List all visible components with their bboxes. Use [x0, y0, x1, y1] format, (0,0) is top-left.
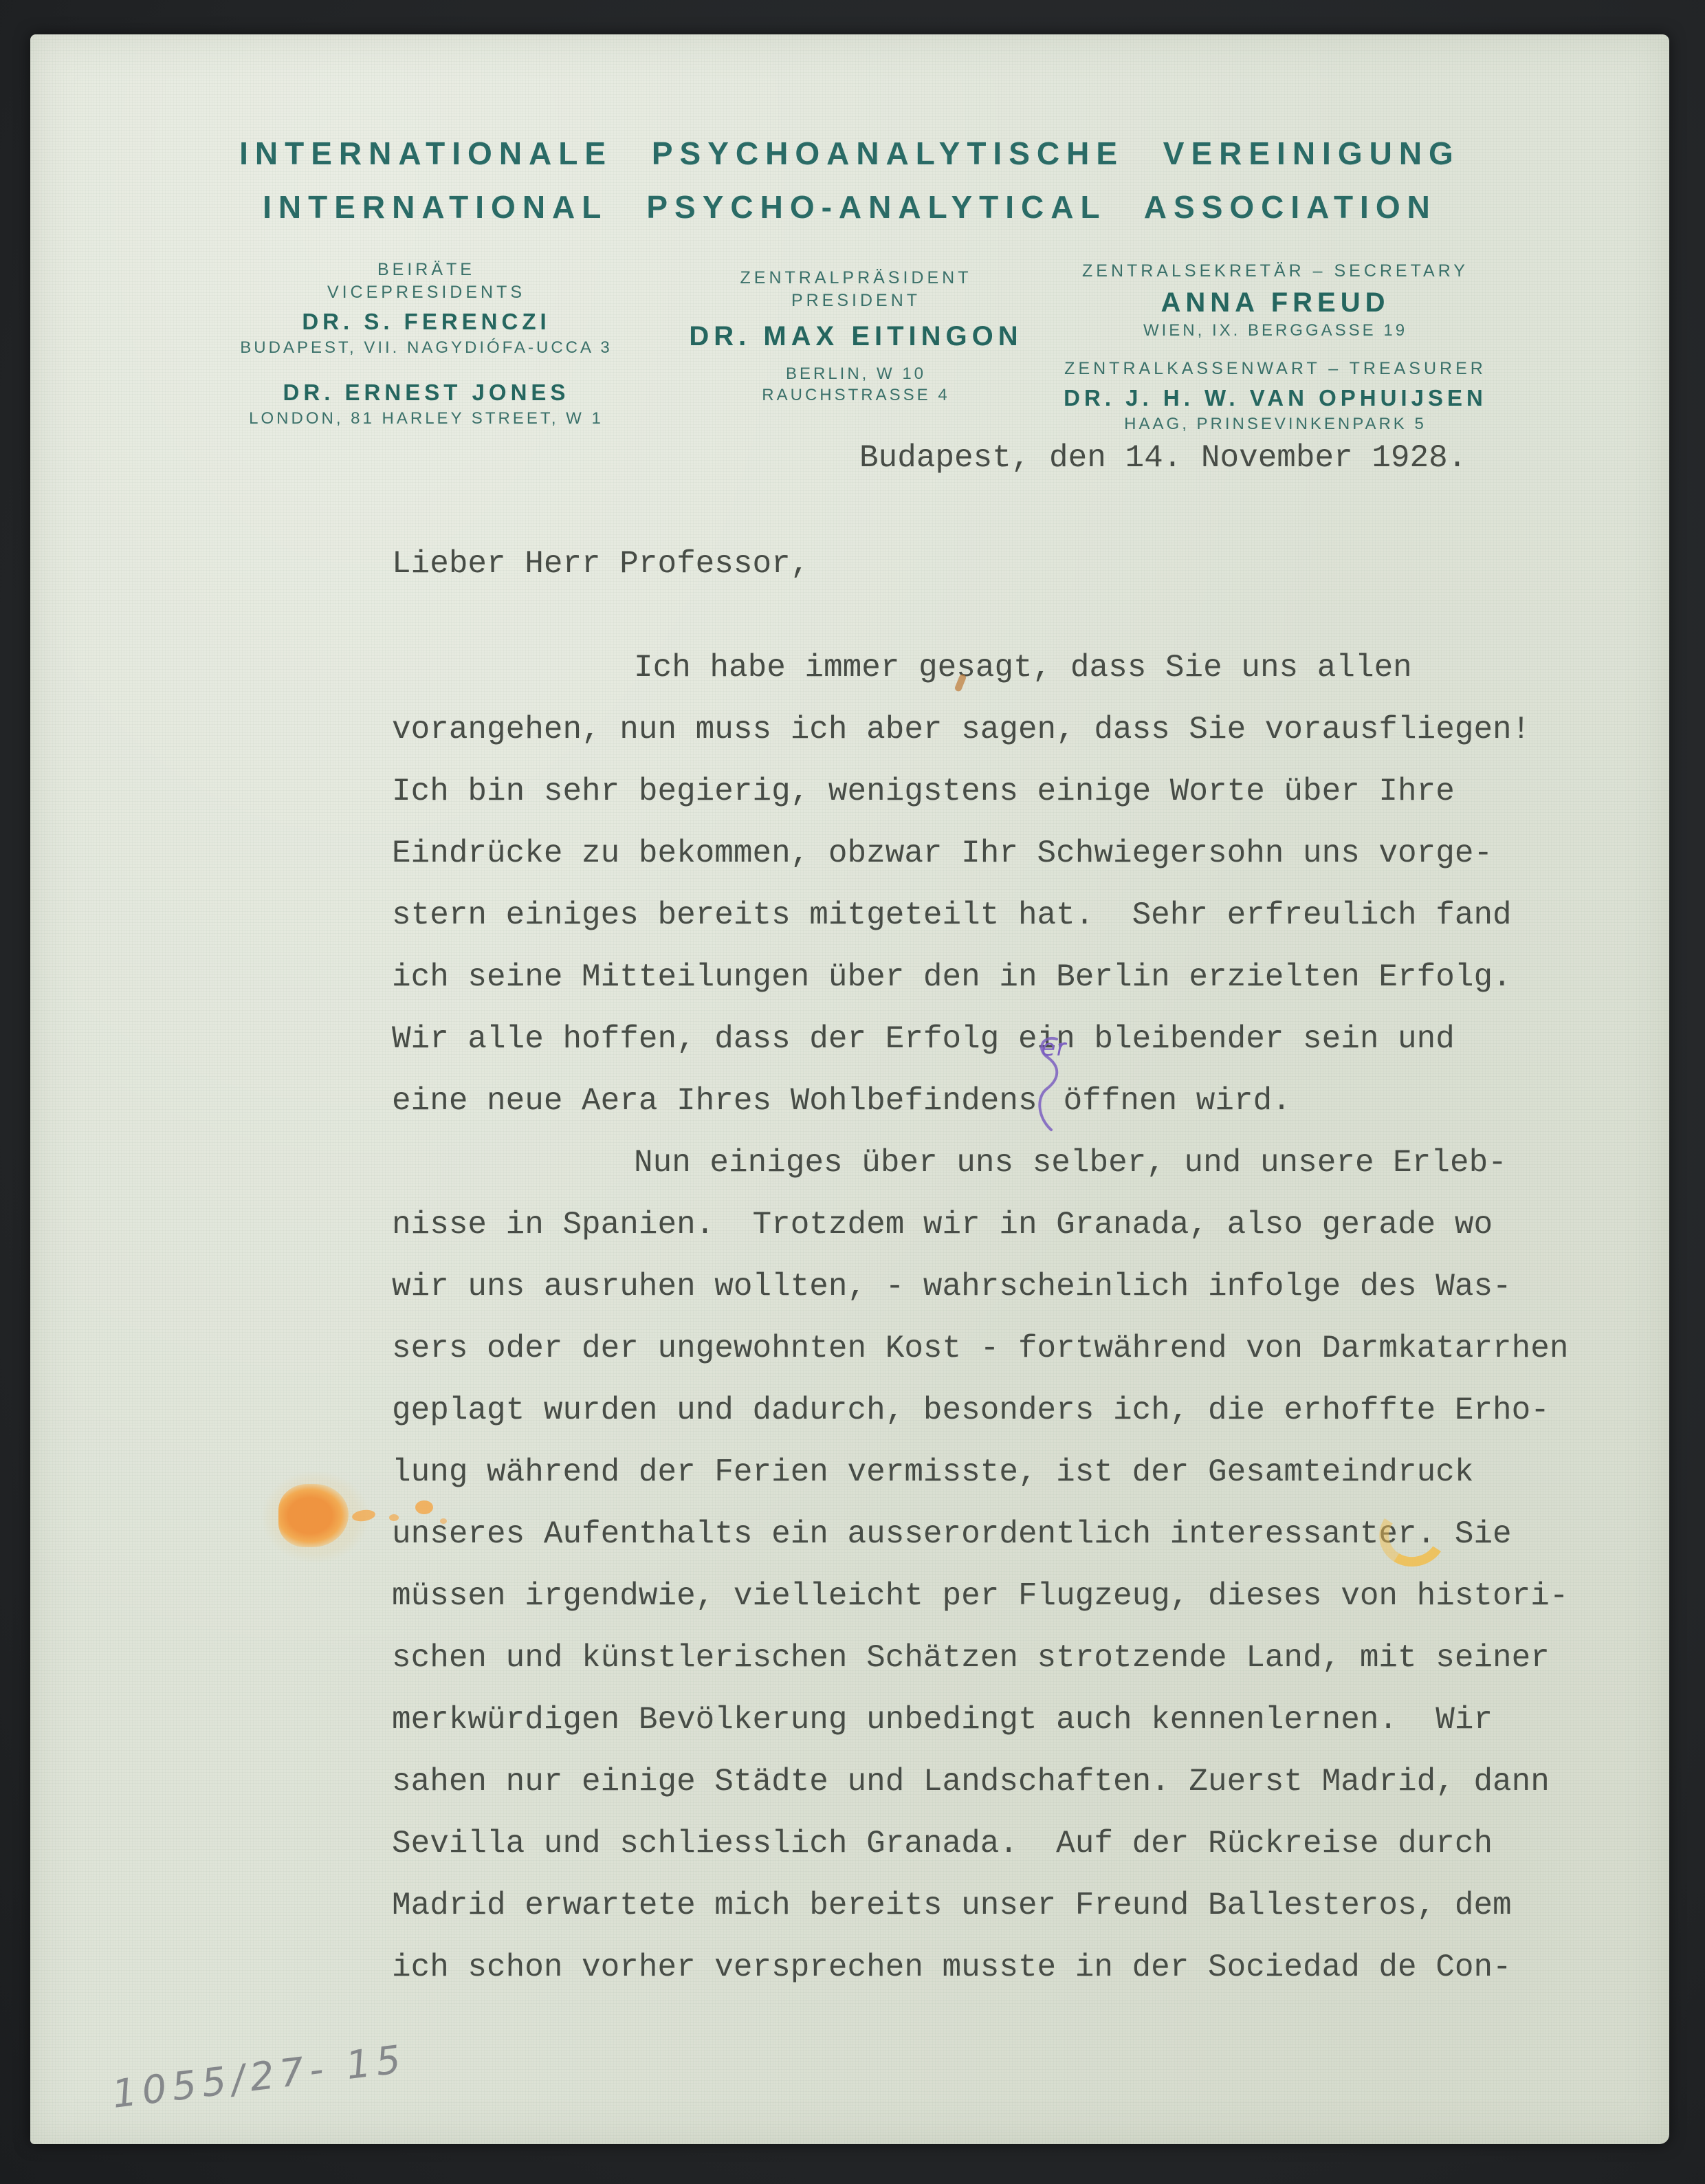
letterhead: INTERNATIONALE PSYCHOANALYTISCHE VEREINI…: [30, 127, 1669, 234]
body-line: Sevilla und schliesslich Granada. Auf de…: [392, 1813, 1588, 1875]
officer-name-ophuijsen: DR. J. H. W. VAN OPHUIJSEN: [973, 383, 1578, 413]
body-line: sers oder der ungewohnten Kost - fortwäh…: [392, 1318, 1588, 1379]
treasurer-role: ZENTRALKASSENWART – TREASURER: [973, 358, 1578, 380]
officer-name-anna-freud: ANNA FREUD: [973, 285, 1578, 320]
stain-splatter: [415, 1500, 433, 1514]
body-line-pre: eine neue Aera Ihres Wohlbefindens: [392, 1083, 1037, 1119]
body-line: Wir alle hoffen, dass der Erfolg ein ble…: [392, 1008, 1588, 1070]
body-line: Ich bin sehr begierig, wenigstens einige…: [392, 761, 1588, 822]
body-line-with-insertion: eine neue Aera Ihres Wohlbefindenseröffn…: [392, 1070, 1588, 1132]
letterhead-title-english: INTERNATIONAL PSYCHO-ANALYTICAL ASSOCIAT…: [30, 180, 1669, 234]
body-line: ich seine Mitteilungen über den in Berli…: [392, 946, 1588, 1008]
letter-body: Ich habe immer gesagt, dass Sie uns alle…: [392, 637, 1588, 1998]
officers-secretary-treasurer: ZENTRALSEKRETÄR – SECRETARY ANNA FREUD W…: [973, 260, 1578, 435]
handwritten-insertion: er: [1037, 1078, 1064, 1109]
body-line: lung während der Ferien vermisste, ist d…: [392, 1441, 1588, 1503]
body-line: sahen nur einige Städte und Landschaften…: [392, 1751, 1588, 1813]
insertion-text: er: [1042, 1036, 1068, 1059]
body-line: Ich habe immer gesagt, dass Sie uns alle…: [392, 637, 1588, 699]
body-line: nisse in Spanien. Trotzdem wir in Granad…: [392, 1194, 1588, 1256]
stain-splatter: [389, 1514, 399, 1521]
body-line: stern einiges bereits mitgeteilt hat. Se…: [392, 884, 1588, 946]
spacer: [973, 341, 1578, 358]
officer-address-jones: LONDON, 81 HARLEY STREET, W 1: [124, 408, 729, 429]
body-line: Madrid erwartete mich bereits unser Freu…: [392, 1875, 1588, 1936]
letter-paper: INTERNATIONALE PSYCHOANALYTISCHE VEREINI…: [30, 34, 1669, 2144]
officer-address-ophuijsen: HAAG, PRINSEVINKENPARK 5: [973, 413, 1578, 435]
body-line: wir uns ausruhen wollten, - wahrscheinli…: [392, 1256, 1588, 1318]
secretary-role: ZENTRALSEKRETÄR – SECRETARY: [973, 260, 1578, 283]
body-line: geplagt wurden und dadurch, besonders ic…: [392, 1379, 1588, 1441]
body-line: müssen irgendwie, vielleicht per Flugzeu…: [392, 1565, 1588, 1627]
body-line: merkwürdigen Bevölkerung unbedingt auch …: [392, 1689, 1588, 1751]
body-line: schen und künstlerischen Schätzen strotz…: [392, 1627, 1588, 1689]
dateline: Budapest, den 14. November 1928.: [859, 440, 1466, 476]
body-line-post: öffnen wird.: [1064, 1083, 1291, 1119]
letterhead-title-german: INTERNATIONALE PSYCHOANALYTISCHE VEREINI…: [30, 127, 1669, 180]
scan-background: { "document": { "kind": "scanned-typewri…: [0, 0, 1705, 2184]
salutation: Lieber Herr Professor,: [392, 546, 809, 582]
stain-splatter: [440, 1518, 447, 1524]
officer-address-anna-freud: WIEN, IX. BERGGASSE 19: [973, 320, 1578, 341]
archival-number-pencil: 1055/27- 15: [110, 2037, 409, 2117]
body-line: Nun einiges über uns selber, und unsere …: [392, 1132, 1588, 1194]
body-line: ich schon vorher versprechen musste in d…: [392, 1936, 1588, 1998]
body-line: Eindrücke zu bekommen, obzwar Ihr Schwie…: [392, 822, 1588, 884]
body-line: vorangehen, nun muss ich aber sagen, das…: [392, 699, 1588, 761]
